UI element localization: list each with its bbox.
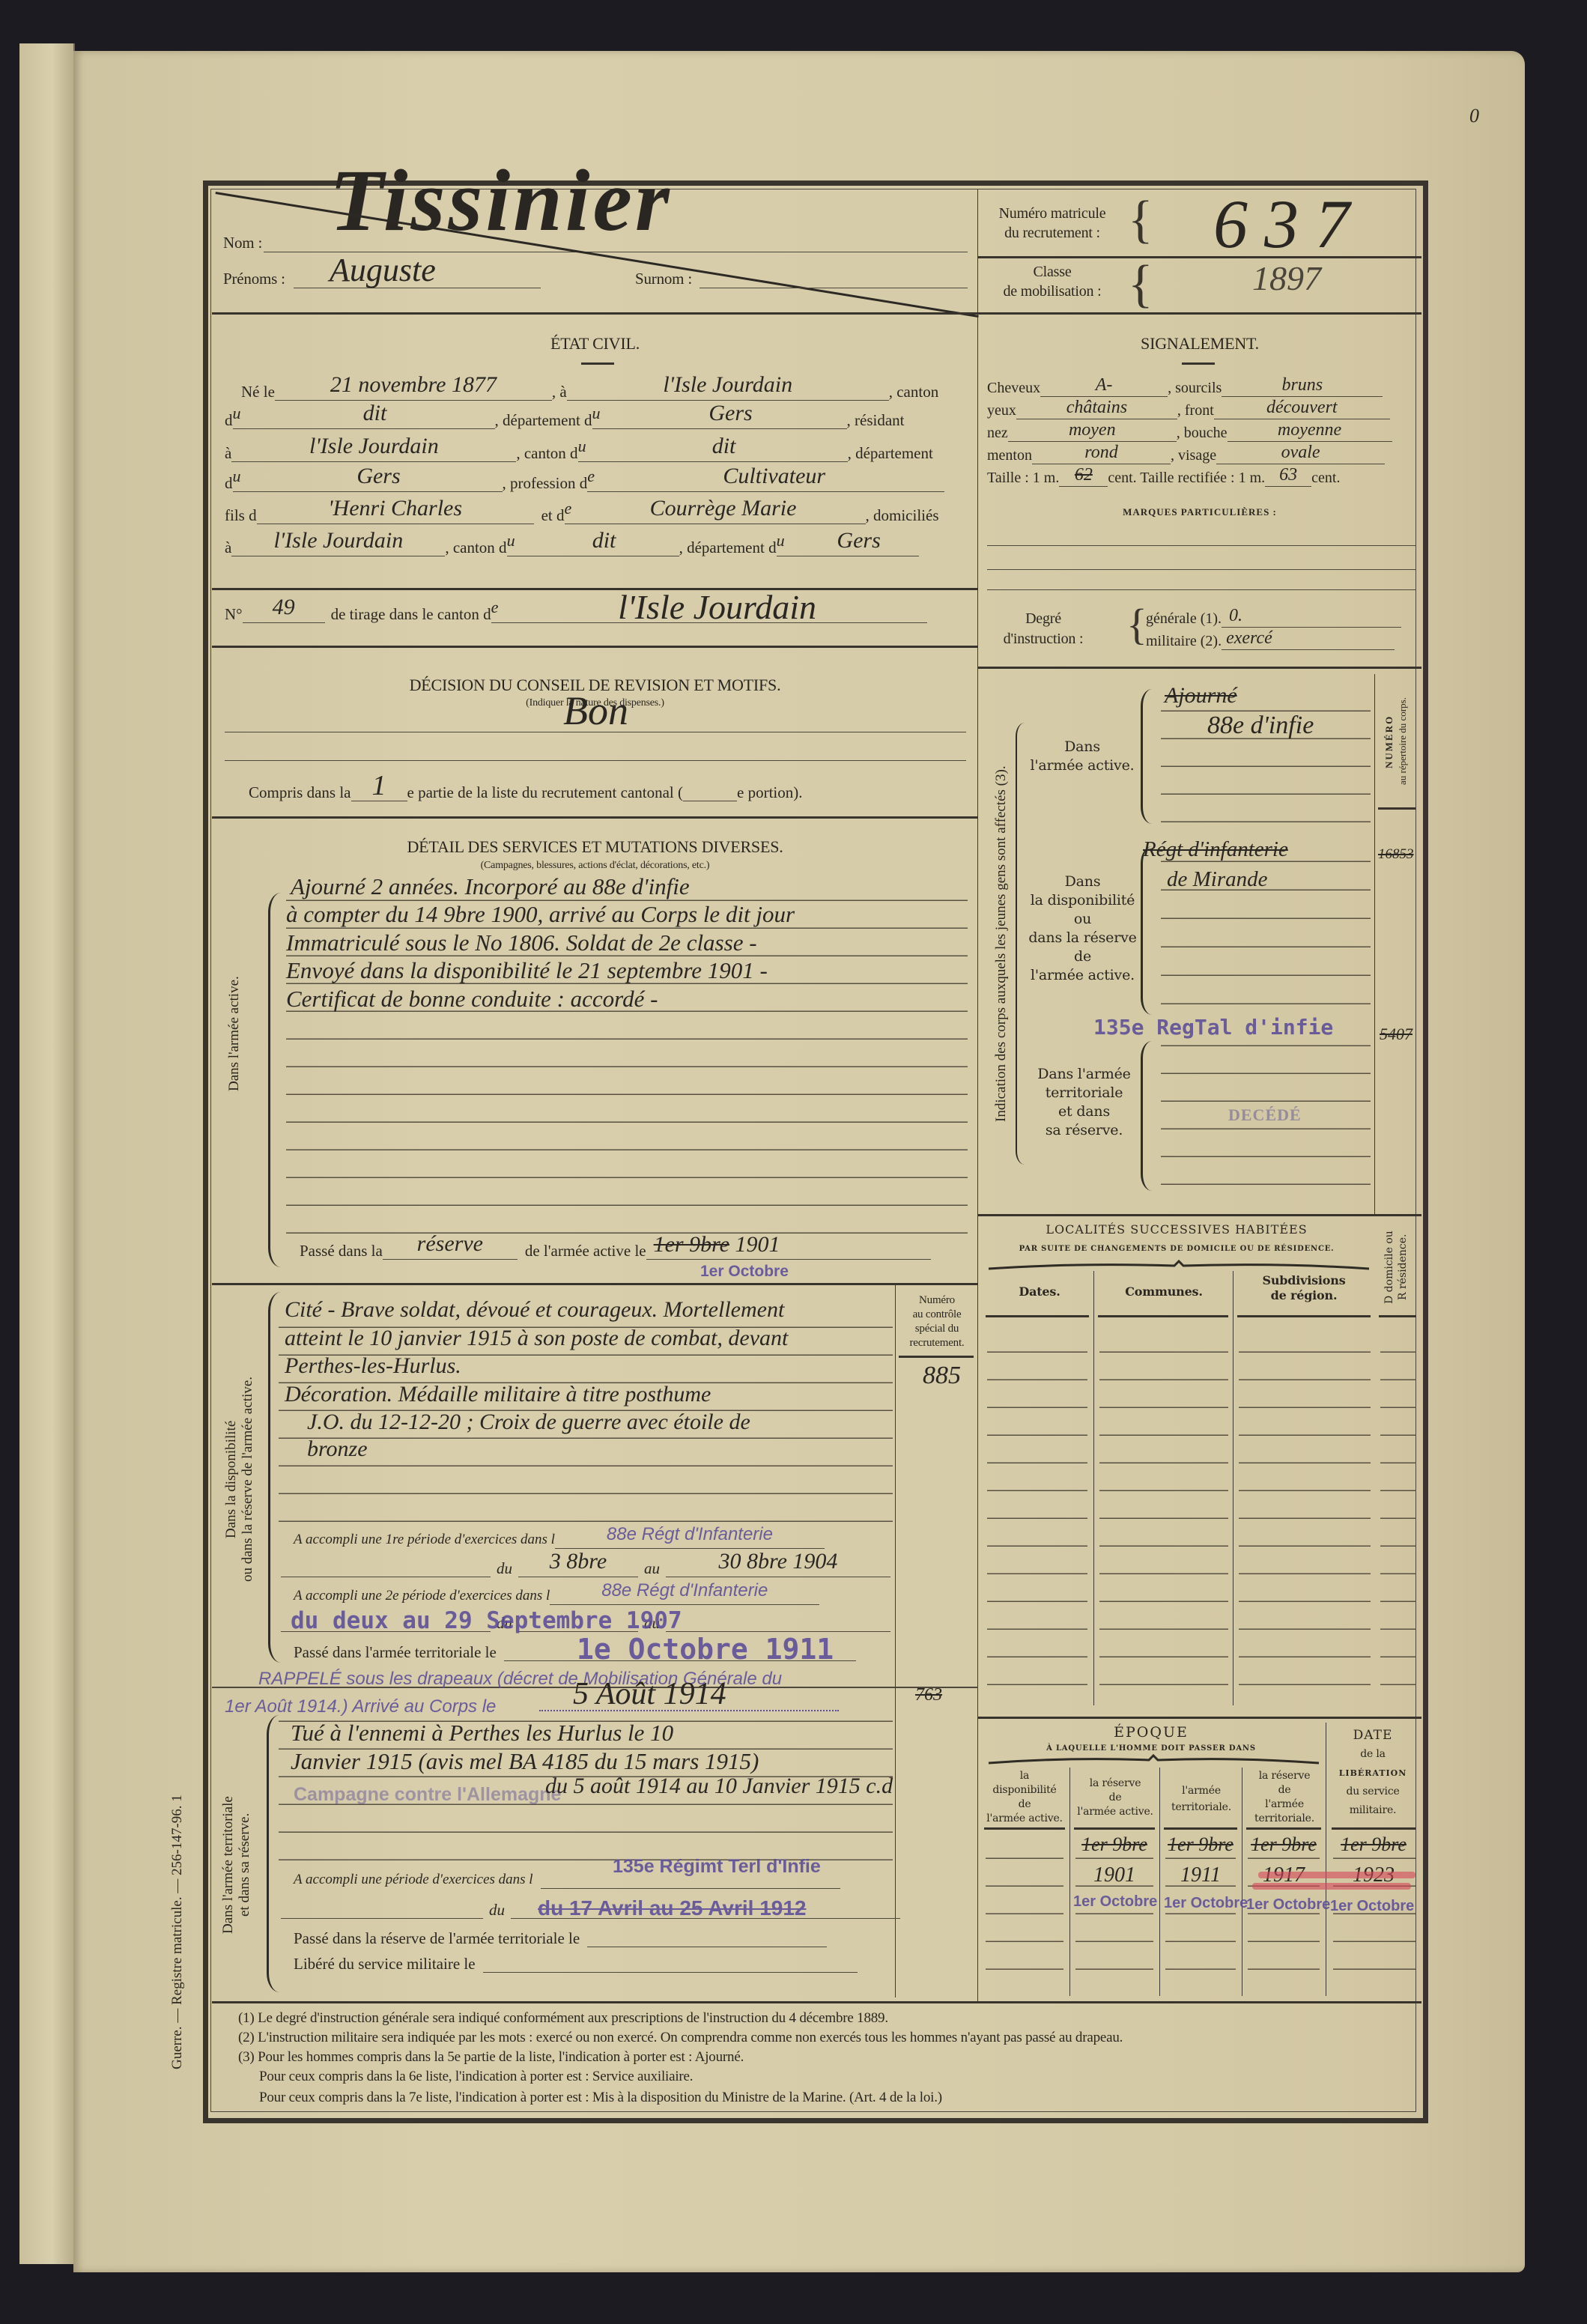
corps-territoriale-label-line: Dans l'armée: [1030, 1065, 1138, 1084]
epoque-col-reserve-active: la réserve de l'armée active.: [1071, 1777, 1159, 1819]
corps-disponibilite-label-line: de: [1025, 947, 1141, 966]
territoriale-label-line1: Dans l'armée territoriale: [220, 1745, 237, 1985]
taille-rectifiee-label: cent. Taille rectifiée : 1 m.: [1108, 469, 1265, 487]
epoque-col-line: de: [1071, 1791, 1159, 1805]
menton-label: menton: [987, 446, 1032, 464]
services-line: Immatriculé sous le No 1806. Soldat de 2…: [286, 929, 757, 956]
menton-row: menton rond , visage ovale: [987, 442, 1385, 464]
passe-date-stamp: 1er Octobre: [700, 1263, 789, 1281]
visage-label: , visage: [1171, 446, 1216, 464]
services-line: Envoyé dans la disponibilité le 21 septe…: [286, 957, 768, 984]
localites-col-subdivisions-line: Subdivisions: [1234, 1273, 1374, 1288]
footnote: (2) L'instruction militaire sera indiqué…: [238, 2030, 1123, 2046]
portion-label: e portion).: [737, 783, 802, 801]
epoque-date-header-line: du service: [1327, 1783, 1418, 1801]
epoque-divider: [1159, 1768, 1160, 1996]
previous-page-edge: [19, 43, 75, 2264]
red-crayon-strike: [1258, 1872, 1415, 1878]
corps-separator: [978, 1214, 1421, 1216]
a2-label: à: [225, 538, 231, 556]
instruction-label: Degré d'instruction :: [987, 609, 1099, 649]
etat-civil-title-dash: [581, 362, 614, 365]
du-suffix: u: [777, 526, 799, 556]
nez-row: nez moyen , bouche moyenne: [987, 419, 1392, 442]
corps-disponibilite-value: Régt d'infanterie: [1143, 837, 1288, 862]
armee-active-brace: [268, 893, 281, 1267]
periode1-corps: 88e Régt d'Infanterie: [555, 1518, 825, 1549]
epoque-stamp: 1er Octobre: [1330, 1898, 1414, 1915]
portion-value: [683, 771, 737, 801]
epoque-col-line: disponibilité: [980, 1783, 1069, 1797]
epoque-ruled-lines: [986, 1831, 1063, 1970]
nez-value: moyen: [1008, 419, 1177, 442]
footnote: Pour ceux compris dans la 7e liste, l'in…: [259, 2090, 942, 2106]
compris-label: Compris dans la: [249, 783, 351, 801]
signalement-title-dash: [1182, 362, 1215, 365]
numero-controle-header-line: spécial du: [897, 1322, 977, 1336]
corps-active-label: Dans l'armée active.: [1030, 738, 1135, 775]
profession-row: d u Gers , profession d e Cultivateur: [225, 462, 944, 492]
localites-header-rule: [1098, 1315, 1228, 1317]
epoque-struck-date: 1er 9bre: [1162, 1833, 1239, 1856]
decision-line-1: [225, 732, 966, 732]
epoque-col-line: la réserve: [1071, 1777, 1159, 1791]
front-label: , front: [1177, 401, 1214, 419]
corps-outer-brace: [1016, 723, 1025, 1165]
domicilies-label: , domiciliés: [866, 506, 939, 524]
yeux-value: châtains: [1016, 396, 1177, 419]
epoque-col-line: la réserve: [1243, 1769, 1326, 1783]
partie-label: e partie de la liste du recrutement cant…: [407, 783, 684, 801]
marques-line: [987, 569, 1415, 570]
periode1-blank: [281, 1547, 491, 1577]
corps-disponibilite-label: Dans la disponibilité ou dans la réserve…: [1025, 873, 1141, 985]
du-suffix: u: [233, 461, 255, 492]
decision-line-2: [225, 760, 966, 761]
marques-line: [987, 545, 1415, 546]
canton-naissance-row: d u dit , département d u Gers , résidan…: [225, 399, 905, 429]
cent-label: cent.: [1311, 469, 1340, 487]
localites-header-rule: [1379, 1315, 1416, 1317]
corps-disponibilite-label-line: l'armée active.: [1025, 966, 1141, 985]
territoriale-periode-label: A accompli une période d'exercices dans …: [294, 1871, 533, 1889]
localites-title: LOCALITÉS SUCCESSIVES HABITÉES: [978, 1222, 1375, 1237]
disponibilite-line: bronze: [307, 1436, 368, 1462]
territoriale-numero-controle: 763: [915, 1685, 942, 1705]
taille-label: Taille : 1 m.: [987, 469, 1059, 487]
services-separator: [212, 1283, 978, 1285]
tirage-row: N° 49 de tirage dans le canton d e l'Isl…: [225, 593, 927, 623]
epoque-stamp: 1er Octobre: [1073, 1893, 1157, 1911]
lieu-naissance: l'Isle Jourdain: [567, 370, 889, 401]
departement-residence: Gers: [255, 461, 503, 492]
classe-brace-icon: {: [1128, 255, 1153, 315]
passe-reserve-value: réserve: [383, 1229, 518, 1260]
periode1-corps-stamp: 88e Régt d'Infanterie: [607, 1524, 773, 1544]
prenoms-value: Auguste: [330, 251, 436, 289]
decision-separator: [212, 816, 978, 819]
canton-d-label: , canton d: [516, 444, 577, 462]
nez-label: nez: [987, 424, 1008, 442]
epoque-header-rule: [1074, 1827, 1155, 1830]
epoque-brace-icon: [987, 1754, 1320, 1766]
epoque-date-divider: [1326, 1723, 1326, 1996]
localites-dr-header: D domicile ou R résidence.: [1383, 1225, 1415, 1309]
corps-territoriale-label-line: sa réserve.: [1030, 1121, 1138, 1140]
a-label: , à: [552, 383, 567, 401]
epoque-date-header-line: militaire.: [1327, 1801, 1418, 1820]
parents-row: fils d 'Henri Charles et d e Courrège Ma…: [225, 494, 939, 524]
corps-disponibilite-label-line: Dans: [1025, 873, 1141, 891]
classe-label-line1: Classe: [981, 262, 1123, 282]
signalement-separator: [978, 667, 1421, 669]
du-suffix: u: [592, 398, 615, 429]
du-suffix: u: [507, 526, 529, 556]
classe-label-line2: de mobilisation :: [981, 282, 1123, 301]
generale-value: 0.: [1222, 604, 1401, 628]
bouche-label: , bouche: [1177, 424, 1228, 442]
periode2-corps-stamp: 88e Régt d'Infanterie: [601, 1580, 768, 1601]
localites-dr-header-line: D domicile ou: [1383, 1225, 1396, 1309]
corps-disponibilite-numero: 16853: [1378, 846, 1414, 863]
d-label: d: [225, 411, 233, 429]
corps-disponibilite-brace: [1141, 846, 1152, 1015]
epoque-struck-date: 1er 9bre: [1072, 1833, 1156, 1856]
localites-col-dates: Dates.: [987, 1284, 1092, 1299]
footnote: Pour ceux compris dans la 6e liste, l'in…: [259, 2069, 693, 2085]
taille-value: 62: [1059, 464, 1108, 487]
passe-label: Passé dans la: [300, 1242, 383, 1260]
corps-disponibilite-label-line: dans la réserve: [1025, 929, 1141, 947]
passe-date-struck: 1er 9bre: [654, 1232, 729, 1257]
localites-divider: [1233, 1271, 1234, 1705]
epoque-divider: [1069, 1768, 1070, 1996]
numero-controle-header-line: au contrôle: [897, 1308, 977, 1322]
localites-brace-icon: [987, 1260, 1371, 1272]
numero-controle-divider: [895, 1284, 896, 1687]
surnom-label: Surnom :: [635, 270, 692, 288]
localites-col-subdivisions-line: de région.: [1234, 1288, 1374, 1303]
taille-row: Taille : 1 m. 62 cent. Taille rectifiée …: [987, 464, 1340, 487]
militaire-label: militaire (2).: [1146, 632, 1222, 650]
periode2-row: A accompli une 2e période d'exercices da…: [294, 1575, 819, 1605]
canton-naissance: dit: [255, 398, 495, 429]
surnom-underline: [700, 288, 968, 288]
menton-value: rond: [1032, 441, 1171, 464]
matricule-value: 637: [1213, 184, 1366, 264]
corps-vertical-label: Indication des corps auxquels les jeunes…: [993, 719, 1013, 1168]
epoque-subtitle: À LAQUELLE L'HOMME DOIT PASSER DANS: [978, 1744, 1324, 1753]
localites-separator: [978, 1717, 1421, 1719]
corps-territoriale-ruled-lines: [1161, 1019, 1371, 1185]
mere: Courrège Marie: [581, 494, 866, 524]
territoriale-brace: [267, 1715, 279, 1992]
armee-active-section-label: Dans l'armée active.: [226, 932, 246, 1135]
residant-label: , résidant: [847, 411, 905, 429]
localites-dr-header-line: R résidence.: [1396, 1225, 1410, 1309]
yeux-row: yeux châtains , front découvert: [987, 397, 1390, 419]
departement-d-label: , département d: [495, 411, 592, 429]
corps-territoriale-label: Dans l'armée territoriale et dans sa rés…: [1030, 1065, 1138, 1140]
services-title: DÉTAIL DES SERVICES ET MUTATIONS DIVERSE…: [212, 837, 978, 857]
epoque-col-reserve-territoriale: la réserve de l'armée territoriale.: [1243, 1769, 1326, 1826]
libere-label: Libéré du service militaire le: [294, 1955, 476, 1973]
deces-stamp: DECÉDÉ: [1228, 1105, 1302, 1125]
tirage-label: N°: [225, 605, 243, 623]
localites-col-subdivisions: Subdivisions de région.: [1234, 1273, 1374, 1303]
canton-parents: dit: [529, 526, 679, 556]
canton-tirage: l'Isle Jourdain: [508, 592, 927, 623]
localites-dates-ruled-lines: [987, 1325, 1087, 1685]
territoriale-label: Passé dans l'armée territoriale le: [294, 1643, 497, 1661]
numero-controle-header-line: Numéro: [897, 1293, 977, 1308]
departement-d-label: , département d: [679, 538, 777, 556]
territoriale-periode-blank: [281, 1888, 483, 1919]
epoque-col-line: l'armée: [1161, 1783, 1242, 1799]
numero-controle-underline: [899, 1356, 974, 1358]
de-suffix: e: [587, 461, 604, 492]
naissance-row: Né le 21 novembre 1877 , à l'Isle Jourda…: [241, 371, 938, 401]
nom-label: Nom :: [223, 234, 262, 252]
de-suffix: e: [565, 494, 581, 524]
territoriale-line: Janvier 1915 (avis mel BA 4185 du 15 mar…: [291, 1748, 759, 1775]
taille-rectifiee-value: 63: [1265, 464, 1311, 487]
tirage-separator: [212, 646, 978, 648]
corps-active-label-line: Dans: [1030, 738, 1135, 756]
periode1-au: 30 8bre 1904: [666, 1547, 890, 1577]
corps-active-value: 88e d'infie: [1207, 712, 1314, 740]
header-bottom-separator: [212, 312, 1421, 315]
departement-parents: Gers: [799, 526, 919, 556]
corps-territoriale-label-line: territoriale: [1030, 1084, 1138, 1102]
numero-tirage: 49: [243, 592, 325, 623]
passe-date-year: 1901: [735, 1232, 780, 1257]
generale-label: générale (1).: [1146, 610, 1222, 628]
disponibilite-section-label: Dans la disponibilité ou dans la réserve…: [223, 1341, 259, 1618]
epoque-year: 1901: [1072, 1863, 1156, 1887]
corps-disponibilite-value: de Mirande: [1167, 867, 1268, 892]
epoque-col-line: l'armée: [1243, 1797, 1326, 1812]
sourcils-value: bruns: [1222, 374, 1383, 397]
yeux-label: yeux: [987, 401, 1016, 419]
epoque-date-header-line: DATE: [1327, 1726, 1418, 1745]
territoriale-line: Tué à l'ennemi à Perthes les Hurlus le 1…: [291, 1720, 673, 1747]
canton-d-label: , canton d: [445, 538, 506, 556]
departement-naissance: Gers: [615, 398, 847, 429]
epoque-stamp: 1er Octobre: [1164, 1895, 1248, 1912]
epoque-col-line: de: [1243, 1783, 1326, 1797]
localites-subtitle: PAR SUITE DE CHANGEMENTS DE DOMICILE OU …: [978, 1245, 1375, 1253]
numero-controle-value: 885: [923, 1362, 961, 1390]
tirage-canton-label: de tirage dans le canton d: [331, 605, 491, 623]
epoque-header-rule: [1164, 1827, 1237, 1830]
disponibilite-line: Cité - Brave soldat, dévoué et courageux…: [285, 1297, 784, 1323]
front-value: découvert: [1214, 396, 1390, 419]
bouche-value: moyenne: [1228, 419, 1392, 442]
epoque-divider: [1242, 1768, 1242, 1996]
disponibilite-line: Perthes-les-Hurlus.: [285, 1353, 461, 1379]
signalement-title: SIGNALEMENT.: [978, 334, 1421, 354]
armee-active-label: de l'armée active le: [525, 1242, 646, 1260]
epoque-date-header: DATE de la LIBÉRATION du service militai…: [1327, 1726, 1418, 1820]
campagne-stamp: Campagne contre l'Allemagne: [294, 1784, 561, 1806]
epoque-year: 1911: [1162, 1863, 1239, 1887]
partie-value: 1: [351, 771, 407, 801]
epoque-col-line: de: [980, 1797, 1069, 1812]
periode1-dates-row: du 3 8bre au 30 8bre 1904: [281, 1547, 890, 1577]
periode2-corps: 88e Régt d'Infanterie: [550, 1574, 819, 1605]
epoque-col-line: la: [980, 1769, 1069, 1783]
corps-territoriale-label-line: et dans: [1030, 1102, 1138, 1121]
libere-date: [483, 1942, 858, 1973]
corps-territoriale-brace: [1141, 1041, 1152, 1191]
epoque-col-line: territoriale.: [1243, 1812, 1326, 1826]
periode1-du: 3 8bre: [518, 1547, 638, 1577]
corner-mark: 0: [1469, 105, 1479, 127]
epoque-col-territoriale: l'armée territoriale.: [1161, 1783, 1242, 1815]
departement-label: , département: [848, 444, 933, 462]
localites-divider: [1093, 1271, 1094, 1705]
matricule-label: Numéro matricule du recrutement :: [981, 204, 1123, 243]
passe-date: 1er 9bre 1901: [646, 1230, 931, 1260]
classe-label: Classe de mobilisation :: [981, 262, 1123, 301]
localites-header-rule: [1237, 1315, 1371, 1317]
nom-value: Tissinier: [330, 150, 673, 252]
cheveux-label: Cheveux: [987, 379, 1040, 397]
services-line: Certificat de bonne conduite : accordé -: [286, 986, 658, 1013]
de-suffix: e: [491, 592, 508, 623]
numero-repertoire-header-line2: au répertoire du corps.: [1396, 678, 1410, 805]
matricule-separator: [978, 256, 1421, 258]
decision-value: Bon: [563, 688, 628, 734]
residence-row: à l'Isle Jourdain , canton d u dit , dép…: [225, 432, 933, 462]
periode2-au: [666, 1601, 890, 1632]
instruction-brace-icon: {: [1126, 599, 1147, 649]
epoque-col-line: territoriale.: [1161, 1799, 1242, 1815]
services-line: Ajourné 2 années. Incorporé au 88e d'inf…: [291, 873, 690, 900]
epoque-header-rule: [1332, 1827, 1415, 1830]
numero-controle-divider-2: [895, 1687, 896, 1997]
epoque-date-header-line: de la: [1327, 1745, 1418, 1764]
epoque-stamp: 1er Octobre: [1246, 1896, 1330, 1914]
numero-repertoire-divider: [1374, 674, 1375, 1214]
corps-active-brace: [1141, 689, 1152, 824]
epoque-header-rule: [984, 1827, 1065, 1830]
periode1-row: A accompli une 1re période d'exercices d…: [294, 1519, 825, 1549]
canton-label: , canton: [889, 383, 938, 401]
disponibilite-line: J.O. du 12-12-20 ; Croix de guerre avec …: [307, 1410, 750, 1435]
corps-active-value: Ajourné: [1165, 683, 1237, 709]
epoque-struck-date: 1er 9bre: [1245, 1833, 1323, 1856]
d-label: d: [225, 474, 233, 492]
epoque-col-disponibilite: la disponibilité de l'armée active.: [980, 1769, 1069, 1826]
domicile-parents-row: à l'Isle Jourdain , canton d u dit , dép…: [225, 527, 919, 556]
disponibilite-line: atteint le 10 janvier 1915 à son poste d…: [285, 1326, 788, 1351]
localites-communes-ruled-lines: [1099, 1325, 1228, 1685]
services-line: à compter du 14 9bre 1900, arrivé au Cor…: [286, 901, 795, 928]
epoque-col-line: l'armée active.: [980, 1812, 1069, 1826]
footnotes-separator: [212, 2001, 1421, 2003]
sourcils-label: , sourcils: [1168, 379, 1222, 397]
classe-value: 1897: [1252, 258, 1321, 298]
services-subtitle: (Campagnes, blessures, actions d'éclat, …: [212, 860, 978, 872]
instruction-militaire-row: militaire (2). exercé: [1146, 628, 1395, 650]
epoque-header-rule: [1246, 1827, 1321, 1830]
residence: l'Isle Jourdain: [231, 431, 516, 462]
instruction-label-line1: Degré: [987, 609, 1099, 629]
epoque-col-line: l'armée active.: [1071, 1805, 1159, 1819]
numero-repertoire-underline: [1378, 807, 1415, 810]
du-suffix: u: [578, 431, 601, 462]
etat-civil-title: ÉTAT CIVIL.: [212, 334, 978, 354]
instruction-generale-row: générale (1). 0.: [1146, 605, 1401, 628]
pere: 'Henri Charles: [257, 494, 534, 524]
date-naissance: 21 novembre 1877: [275, 370, 552, 401]
numero-controle-header-line: recrutement.: [897, 1336, 977, 1350]
visage-value: ovale: [1216, 441, 1385, 464]
footnote: (1) Le degré d'instruction générale sera…: [238, 2010, 888, 2027]
red-crayon-strike: [1252, 1883, 1411, 1890]
localites-header-rule: [986, 1315, 1089, 1317]
localites-subdivisions-ruled-lines: [1239, 1325, 1371, 1685]
etat-civil-separator: [212, 588, 978, 590]
militaire-value: exercé: [1222, 627, 1395, 650]
territoriale-date-stamp: 1e Octobre 1911: [577, 1633, 834, 1666]
corps-territoriale-numero: 5407: [1380, 1025, 1412, 1044]
localites-col-communes: Communes.: [1095, 1284, 1233, 1299]
corps-disponibilite-label-line: ou: [1025, 910, 1141, 929]
canton-residence: dit: [601, 431, 848, 462]
prenoms-label: Prénoms :: [223, 270, 285, 288]
numero-controle-header: Numéro au contrôle spécial du recrutemen…: [897, 1293, 977, 1350]
territoriale-periode-stamp: 135e Régimt Terl d'Infie: [613, 1856, 821, 1878]
passe-reserve-row: Passé dans la réserve de l'armée active …: [300, 1230, 931, 1260]
numero-repertoire-header: NUMÉRO au répertoire du corps.: [1383, 678, 1415, 805]
instruction-label-line2: d'instruction :: [987, 629, 1099, 649]
marques-line: [987, 589, 1415, 590]
epoque-struck-date: 1er 9bre: [1330, 1833, 1417, 1856]
du-suffix: u: [233, 398, 255, 429]
fils-label: fils d: [225, 506, 257, 524]
disponibilite-label-line1: Dans la disponibilité: [223, 1341, 240, 1618]
epoque-date-header-line: LIBÉRATION: [1327, 1764, 1418, 1783]
cheveux-value: A-: [1040, 374, 1168, 397]
profession-label: , profession d: [503, 474, 588, 492]
et-de-label: et d: [541, 506, 565, 524]
du-label: du: [489, 1901, 505, 1919]
numero-repertoire-header-line1: NUMÉRO: [1383, 678, 1396, 805]
libere-row: Libéré du service militaire le: [294, 1943, 858, 1973]
disponibilite-line: Décoration. Médaille militaire à titre p…: [285, 1382, 711, 1407]
domicile-parents: l'Isle Jourdain: [231, 526, 445, 556]
compris-row: Compris dans la 1 e partie de la liste d…: [249, 771, 802, 801]
margin-imprint: Guerre. — Registre matricule. — 256-147-…: [169, 1738, 190, 2127]
corps-active-label-line: l'armée active.: [1030, 756, 1135, 775]
corps-disponibilite-label-line: la disponibilité: [1025, 891, 1141, 910]
territoriale-section-label: Dans l'armée territoriale et dans sa rés…: [220, 1745, 256, 1985]
a2-label: à: [225, 444, 231, 462]
localites-dr-ruled-lines: [1380, 1325, 1416, 1685]
footnote: (3) Pour les hommes compris dans la 5e p…: [238, 2049, 744, 2066]
marques-title: MARQUES PARTICULIÈRES :: [978, 506, 1421, 518]
profession: Cultivateur: [604, 461, 944, 492]
disponibilite-label-line2: ou dans la réserve de l'armée active.: [240, 1341, 256, 1618]
campagne-value: du 5 août 1914 au 10 Janvier 1915 c.d: [545, 1774, 893, 1799]
matricule-label-line2: du recrutement :: [981, 223, 1123, 243]
matricule-brace-icon: {: [1128, 190, 1153, 250]
cheveux-row: Cheveux A- , sourcils bruns: [987, 374, 1383, 397]
matricule-label-line1: Numéro matricule: [981, 204, 1123, 223]
